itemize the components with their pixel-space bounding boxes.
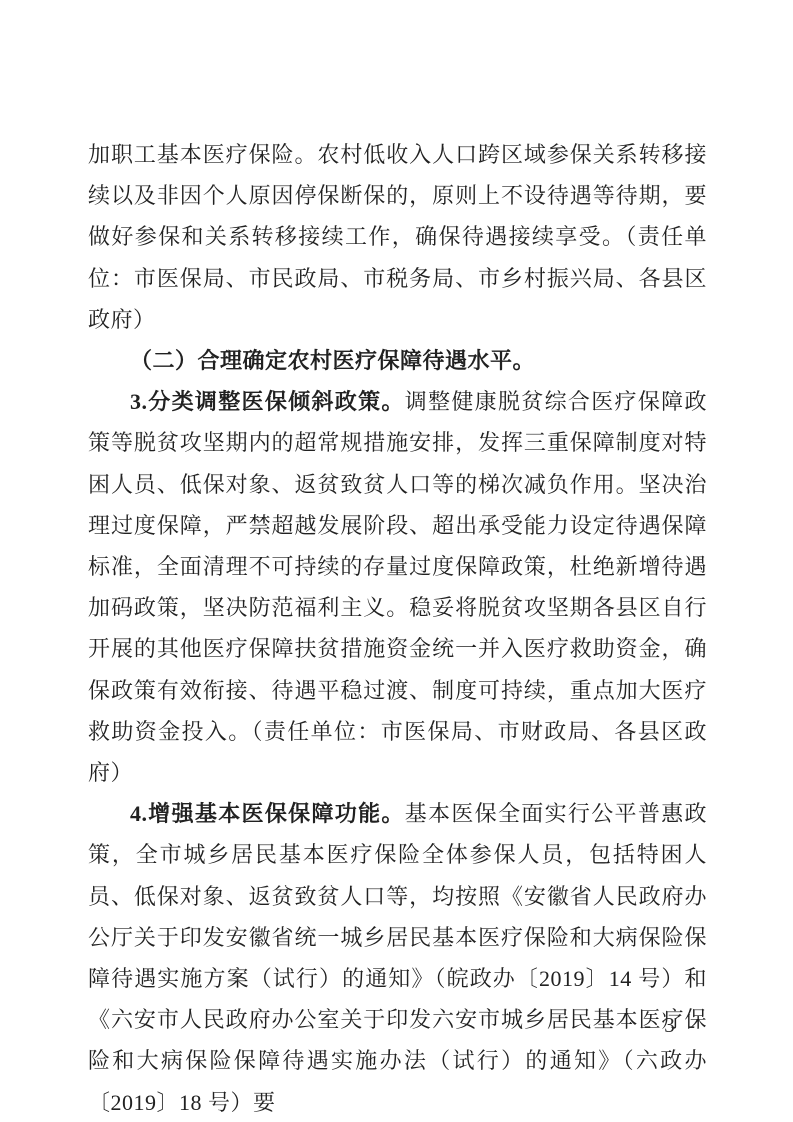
paragraph: 4.增强基本医保保障功能。基本医保全面实行公平普惠政策，全市城乡居民基本医疗保险… — [88, 793, 707, 1122]
paragraph-lead: 4.增强基本医保保障功能。 — [130, 801, 405, 826]
document-body: 加职工基本医疗保险。农村低收入人口跨区域参保关系转移接续以及非因个人原因停保断保… — [88, 134, 707, 1122]
paragraph: 3.分类调整医保倾斜政策。调整健康脱贫综合医疗保障政策等脱贫攻坚期内的超常规措施… — [88, 381, 707, 793]
paragraph-lead: 3.分类调整医保倾斜政策。 — [130, 389, 405, 414]
section-heading: （二）合理确定农村医疗保障待遇水平。 — [88, 340, 707, 381]
document-page: 加职工基本医疗保险。农村低收入人口跨区域参保关系转移接续以及非因个人原因停保断保… — [0, 0, 793, 1122]
paragraph: 加职工基本医疗保险。农村低收入人口跨区域参保关系转移接续以及非因个人原因停保断保… — [88, 134, 707, 340]
page-number: - 3 - — [644, 1013, 699, 1038]
